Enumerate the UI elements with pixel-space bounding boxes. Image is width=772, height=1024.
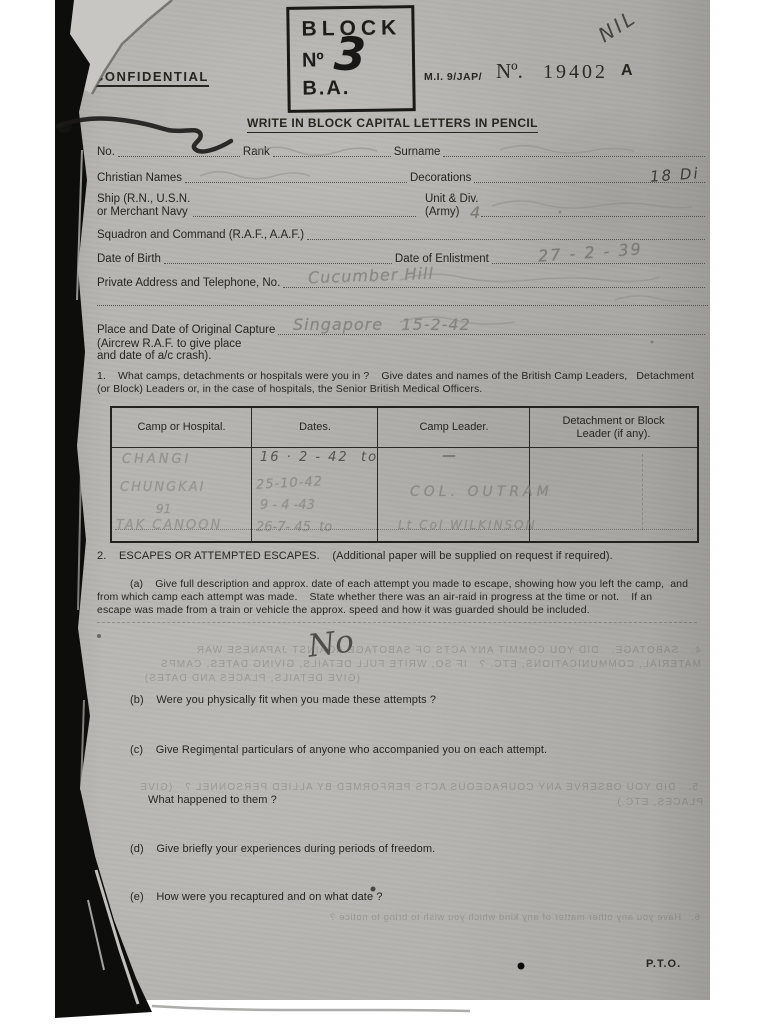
dotted-line: [118, 154, 240, 157]
leader-entry: —: [442, 448, 456, 464]
leader-entry: COL. OUTRAM: [410, 484, 553, 500]
stamp-ba-text: B.A.: [302, 77, 350, 101]
instruction-heading: WRITE IN BLOCK CAPITAL LETTERS IN PENCIL: [247, 116, 538, 133]
bottom-edge-line: [152, 1006, 470, 1011]
dotted-line: [185, 180, 407, 183]
dotted-line: [307, 237, 705, 240]
dotted-line: [443, 154, 705, 157]
question2c-sub: What happened to them ?: [148, 794, 277, 807]
header-detachment-line1: Detachment or Block: [562, 415, 664, 428]
question1-line2: (or Block) Leaders or, in the case of ho…: [97, 383, 482, 396]
bleedthrough-text: PLACES, ETC.): [598, 796, 703, 809]
squadron-label: Squadron and Command (R.A.F., A.A.F.): [97, 229, 304, 242]
dotted-line: [115, 529, 693, 530]
block-number-handwritten: 3: [333, 26, 367, 81]
dotted-line: [481, 214, 705, 217]
bleedthrough-text: 5. DID YOU OBSERVE ANY COURAGEOUS ACTS P…: [110, 781, 698, 794]
date-entry: 9 - 4 -43: [260, 498, 315, 513]
decorations-label: Decorations: [410, 172, 471, 185]
row-christian-decorations: Christian Names Decorations: [97, 172, 708, 185]
row-squadron: Squadron and Command (R.A.F., A.A.F.): [97, 229, 708, 242]
ship-label-line2: or Merchant Navy: [97, 206, 190, 219]
date-entry: 16 · 2 - 42 to: [260, 450, 378, 465]
dotted-line: [193, 214, 416, 217]
camp-table: Camp or Hospital. Dates. Camp Leader. De…: [110, 406, 699, 543]
date-of-birth-label: Date of Birth: [97, 253, 161, 266]
capture-label: Place and Date of Original Capture: [97, 324, 275, 337]
camp-entry: CHANGI: [122, 452, 191, 467]
classification-stamp: CONFIDENTIAL: [94, 69, 209, 87]
date-entry: 25-10-42: [256, 474, 324, 492]
christian-names-label: Christian Names: [97, 172, 182, 185]
header-dates: Dates.: [252, 408, 378, 447]
question2c: (c) Give Regimental particulars of anyon…: [130, 744, 547, 757]
bleedthrough-text: MATERIAL, COMMUNICATIONS, ETC. ? IF SO, …: [95, 658, 701, 671]
header-detachment-line2: Leader (if any).: [577, 428, 651, 441]
pto-label: P.T.O.: [646, 958, 681, 970]
question1-line1: 1. What camps, detachments or hospitals …: [97, 370, 694, 383]
row-no-rank-surname: No. Rank Surname: [97, 146, 708, 159]
dotted-line: [273, 154, 391, 157]
date-entry: 26-7- 45 to: [256, 520, 332, 535]
block-number-stamp: BLOCK Nº 3 B.A.: [286, 5, 415, 113]
surname-label: Surname: [394, 146, 441, 159]
private-address-label: Private Address and Telephone, No.: [97, 277, 280, 290]
stamp-no-label: Nº: [302, 49, 324, 72]
question2-heading: 2. ESCAPES OR ATTEMPTED ESCAPES. (Additi…: [97, 550, 613, 563]
camp-entry: TAK CANOON: [116, 518, 222, 533]
camp-entry: CHUNGKAI: [120, 480, 205, 495]
dotted-line: [97, 303, 708, 306]
question2d: (d) Give briefly your experiences during…: [130, 843, 435, 856]
bleedthrough-text: (GIVE DETAILS, PLACES AND DATES): [100, 672, 360, 685]
ref-prefix: M.I. 9/JAP/: [424, 71, 482, 83]
division-handwritten: 18 Di: [649, 164, 700, 185]
no-label: No.: [97, 146, 115, 159]
capture-handwritten: Singapore 15-2-42: [293, 315, 471, 334]
dashed-line: [97, 622, 697, 623]
bleedthrough-text: 6. Have you any other matter of any kind…: [210, 911, 700, 924]
dashed-line: [642, 454, 643, 530]
header-camp-or-hospital: Camp or Hospital.: [112, 408, 251, 447]
question2b: (b) Were you physically fit when you mad…: [130, 694, 436, 707]
question2a-line2: from which camp each attempt was made. S…: [97, 591, 652, 604]
row-unit-div: Unit & Div. (Army): [425, 193, 708, 219]
ship-label-line1: Ship (R.N., U.S.N.: [97, 193, 190, 206]
rank-label: Rank: [243, 146, 270, 159]
scanned-pow-questionnaire: CONFIDENTIAL BLOCK Nº 3 B.A. M.I. 9/JAP/…: [0, 0, 772, 1024]
ref-number: 19402: [543, 61, 608, 84]
question2e: (e) How were you recaptured and on what …: [130, 891, 383, 904]
ref-no-label: Nº.: [496, 59, 523, 84]
ref-series-letter: A: [621, 62, 633, 80]
dotted-line: [164, 261, 392, 264]
question2a-line1: (a) Give full description and approx. da…: [130, 578, 688, 591]
bleedthrough-text: 4. SABOTAGE. DID YOU COMMIT ANY ACTS OF …: [95, 644, 701, 657]
capture-note-line2: and date of a/c crash).: [97, 350, 211, 363]
question2a-line3: escape was made from a train or vehicle …: [97, 604, 590, 617]
row-ship: Ship (R.N., U.S.N. or Merchant Navy: [97, 193, 419, 219]
header-camp-leader: Camp Leader.: [378, 408, 530, 447]
table-header-row: Camp or Hospital. Dates. Camp Leader. De…: [112, 408, 697, 448]
header-detachment-leader: Detachment or Block Leader (if any).: [530, 408, 697, 447]
unit-handwritten: 4: [470, 203, 480, 222]
camp-entry: 91: [156, 502, 171, 516]
